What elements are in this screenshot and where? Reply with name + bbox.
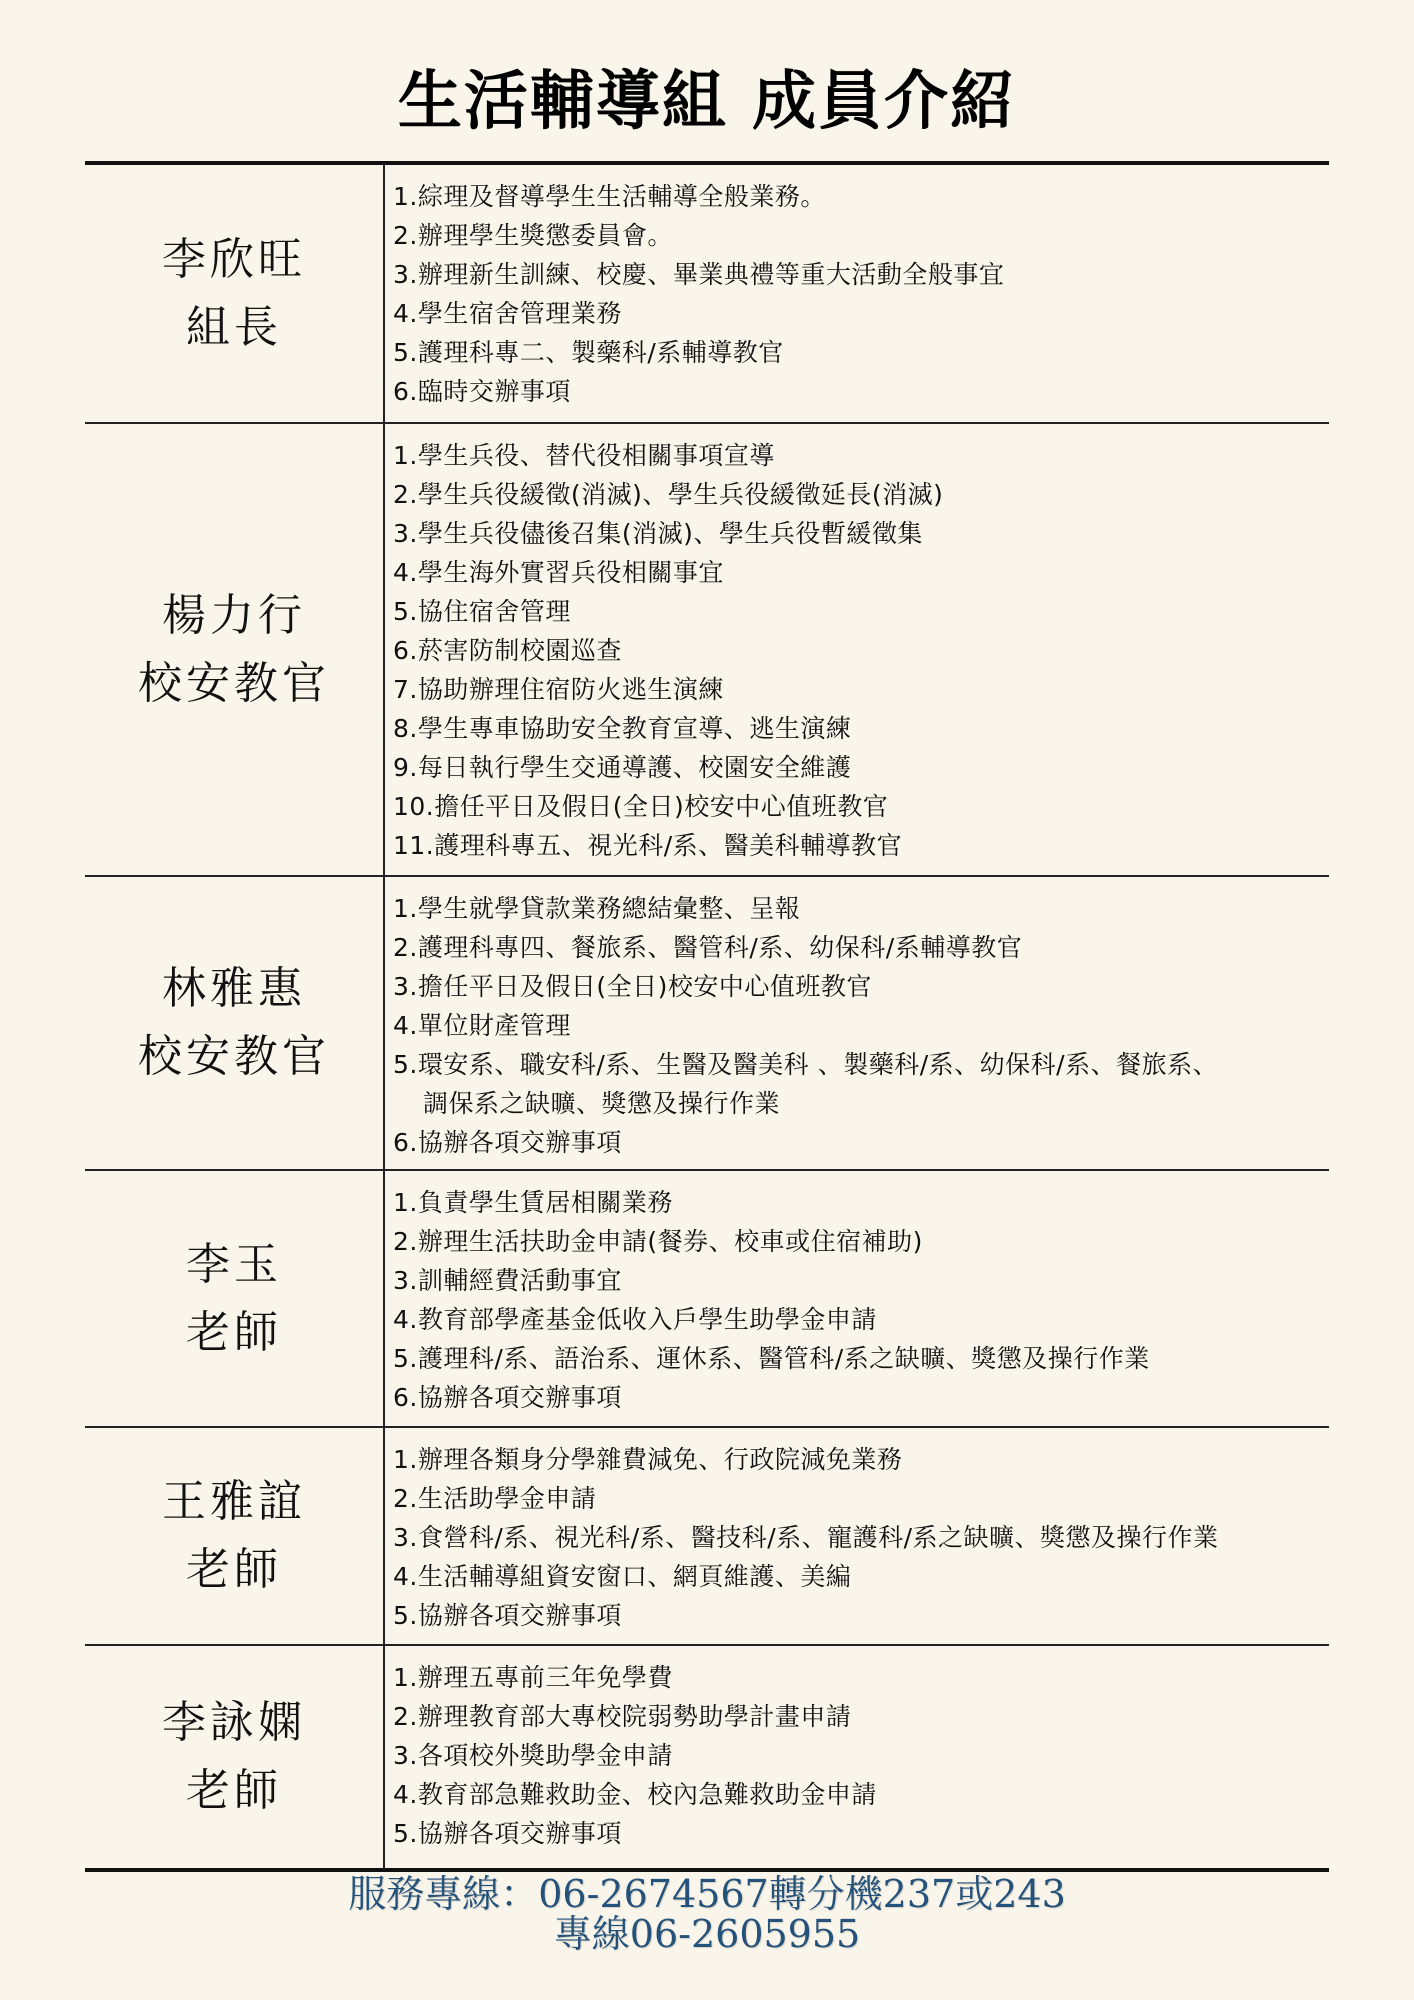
duties-list: 1.學生兵役、替代役相關事項宣導 2.學生兵役緩徵(消滅)、學生兵役緩徵延長(消…: [385, 424, 1329, 875]
member-info-cell: 李欣旺 組長: [85, 165, 385, 422]
member-title: 老師: [186, 1299, 282, 1367]
duty-item: 6.協辦各項交辦事項: [393, 1123, 1329, 1162]
member-name: 李欣旺: [162, 226, 306, 294]
duty-item: 1.辦理各類身分學雜費減免、行政院減免業務: [393, 1440, 1329, 1479]
duty-item: 3.學生兵役儘後召集(消滅)、學生兵役暫緩徵集: [393, 514, 1329, 553]
duty-item: 2.生活助學金申請: [393, 1479, 1329, 1518]
duty-item: 3.擔任平日及假日(全日)校安中心值班教官: [393, 967, 1329, 1006]
duty-item: 5.護理科/系、語治系、運休系、醫管科/系之缺曠、獎懲及操行作業: [393, 1339, 1329, 1378]
member-roster-table: 李欣旺 組長 1.綜理及督導學生生活輔導全般業務。 2.辦理學生獎懲委員會。 3…: [85, 161, 1329, 1872]
duty-item: 10.擔任平日及假日(全日)校安中心值班教官: [393, 787, 1329, 826]
duty-item: 4.學生海外實習兵役相關事宜: [393, 553, 1329, 592]
member-name: 王雅誼: [162, 1468, 306, 1536]
page-title: 生活輔導組 成員介紹: [0, 62, 1414, 142]
member-name: 李詠嫻: [162, 1689, 306, 1757]
duties-list: 1.綜理及督導學生生活輔導全般業務。 2.辦理學生獎懲委員會。 3.辦理新生訓練…: [385, 165, 1329, 422]
member-name: 楊力行: [162, 582, 306, 650]
duties-list: 1.負責學生賃居相關業務 2.辦理生活扶助金申請(餐券、校車或住宿補助) 3.訓…: [385, 1171, 1329, 1426]
duty-item: 5.協辦各項交辦事項: [393, 1596, 1329, 1635]
duty-item: 3.訓輔經費活動事宜: [393, 1261, 1329, 1300]
duty-item: 1.負責學生賃居相關業務: [393, 1183, 1329, 1222]
duty-item: 1.學生兵役、替代役相關事項宣導: [393, 436, 1329, 475]
member-info-cell: 李詠嫻 老師: [85, 1646, 385, 1868]
duty-item: 11.護理科專五、視光科/系、醫美科輔導教官: [393, 826, 1329, 865]
duty-item: 3.食營科/系、視光科/系、醫技科/系、寵護科/系之缺曠、獎懲及操行作業: [393, 1518, 1329, 1557]
member-info-cell: 王雅誼 老師: [85, 1428, 385, 1644]
member-name: 李玉: [186, 1231, 282, 1299]
duty-item: 1.綜理及督導學生生活輔導全般業務。: [393, 177, 1329, 216]
duty-item: 5.協住宿舍管理: [393, 592, 1329, 631]
member-title: 老師: [186, 1757, 282, 1825]
duty-item: 1.學生就學貸款業務總結彙整、呈報: [393, 889, 1329, 928]
duty-item: 3.辦理新生訓練、校慶、畢業典禮等重大活動全般事宜: [393, 255, 1329, 294]
duty-item: 1.辦理五專前三年免學費: [393, 1658, 1329, 1697]
duty-item: 4.單位財產管理: [393, 1006, 1329, 1045]
member-info-cell: 楊力行 校安教官: [85, 424, 385, 875]
member-row: 李詠嫻 老師 1.辦理五專前三年免學費 2.辦理教育部大專校院弱勢助學計畫申請 …: [85, 1646, 1329, 1868]
duty-item: 4.教育部急難救助金、校內急難救助金申請: [393, 1775, 1329, 1814]
duty-item: 4.學生宿舍管理業務: [393, 294, 1329, 333]
contact-footer: 服務專線：06-2674567轉分機237或243 專線06-2605955: [0, 1874, 1414, 1954]
duties-list: 1.學生就學貸款業務總結彙整、呈報 2.護理科專四、餐旅系、醫管科/系、幼保科/…: [385, 877, 1329, 1169]
service-hotline: 服務專線：06-2674567轉分機237或243: [0, 1874, 1414, 1914]
member-info-cell: 李玉 老師: [85, 1171, 385, 1426]
duty-item: 7.協助辦理住宿防火逃生演練: [393, 670, 1329, 709]
duty-item: 2.護理科專四、餐旅系、醫管科/系、幼保科/系輔導教官: [393, 928, 1329, 967]
duty-item: 6.臨時交辦事項: [393, 372, 1329, 411]
duty-item: 5.協辦各項交辦事項: [393, 1814, 1329, 1853]
duty-item: 6.協辦各項交辦事項: [393, 1378, 1329, 1417]
member-title: 校安教官: [138, 650, 330, 718]
direct-line: 專線06-2605955: [0, 1914, 1414, 1954]
member-row: 李玉 老師 1.負責學生賃居相關業務 2.辦理生活扶助金申請(餐券、校車或住宿補…: [85, 1171, 1329, 1428]
duties-list: 1.辦理各類身分學雜費減免、行政院減免業務 2.生活助學金申請 3.食營科/系、…: [385, 1428, 1329, 1644]
duty-item: 6.菸害防制校園巡查: [393, 631, 1329, 670]
member-row: 楊力行 校安教官 1.學生兵役、替代役相關事項宣導 2.學生兵役緩徵(消滅)、學…: [85, 424, 1329, 877]
duty-item: 2.辦理教育部大專校院弱勢助學計畫申請: [393, 1697, 1329, 1736]
duty-item: 8.學生專車協助安全教育宣導、逃生演練: [393, 709, 1329, 748]
duty-item: 9.每日執行學生交通導護、校園安全維護: [393, 748, 1329, 787]
member-row: 李欣旺 組長 1.綜理及督導學生生活輔導全般業務。 2.辦理學生獎懲委員會。 3…: [85, 165, 1329, 424]
duty-item: 3.各項校外獎助學金申請: [393, 1736, 1329, 1775]
member-name: 林雅惠: [162, 955, 306, 1023]
member-row: 王雅誼 老師 1.辦理各類身分學雜費減免、行政院減免業務 2.生活助學金申請 3…: [85, 1428, 1329, 1646]
member-row: 林雅惠 校安教官 1.學生就學貸款業務總結彙整、呈報 2.護理科專四、餐旅系、醫…: [85, 877, 1329, 1171]
duty-item: 5.護理科專二、製藥科/系輔導教官: [393, 333, 1329, 372]
duty-item: 2.辦理生活扶助金申請(餐券、校車或住宿補助): [393, 1222, 1329, 1261]
member-info-cell: 林雅惠 校安教官: [85, 877, 385, 1169]
duties-list: 1.辦理五專前三年免學費 2.辦理教育部大專校院弱勢助學計畫申請 3.各項校外獎…: [385, 1646, 1329, 1868]
duty-item: 4.教育部學產基金低收入戶學生助學金申請: [393, 1300, 1329, 1339]
duty-item: 2.學生兵役緩徵(消滅)、學生兵役緩徵延長(消滅): [393, 475, 1329, 514]
duty-item: 5.環安系、職安科/系、生醫及醫美科 、製藥科/系、幼保科/系、餐旅系、: [393, 1045, 1329, 1084]
duty-item: 4.生活輔導組資安窗口、網頁維護、美編: [393, 1557, 1329, 1596]
member-title: 老師: [186, 1536, 282, 1604]
member-title: 組長: [186, 294, 282, 362]
member-title: 校安教官: [138, 1023, 330, 1091]
duty-item-continuation: 調保系之缺曠、獎懲及操行作業: [393, 1084, 1329, 1123]
duty-item: 2.辦理學生獎懲委員會。: [393, 216, 1329, 255]
